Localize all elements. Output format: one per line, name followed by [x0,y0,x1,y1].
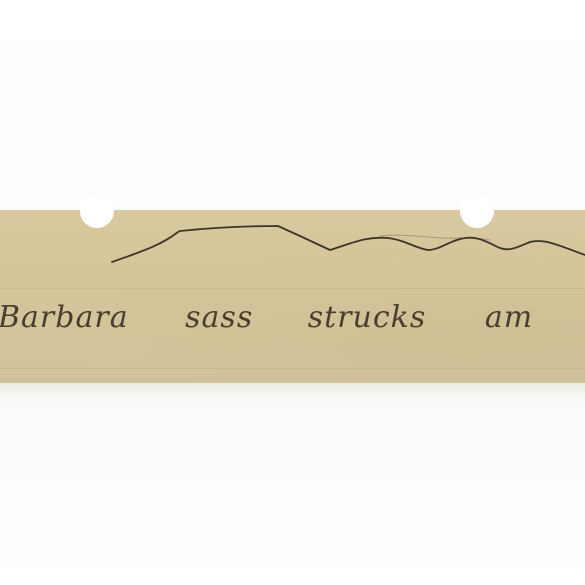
word-barbara: Barbara [0,300,129,335]
paper-strip [0,210,585,383]
punch-hole [460,194,494,228]
photo-scene: Barbara sass strucks am Abfang [0,0,585,585]
word-strucks: strucks [308,300,427,335]
ruled-line [0,368,585,369]
word-am: am [485,300,533,335]
word-sass: sass [185,300,253,335]
handwritten-line: Barbara sass strucks am Abfang [0,300,585,335]
paper-shadow [0,383,585,411]
ruled-line [0,288,585,289]
punch-hole [80,194,114,228]
